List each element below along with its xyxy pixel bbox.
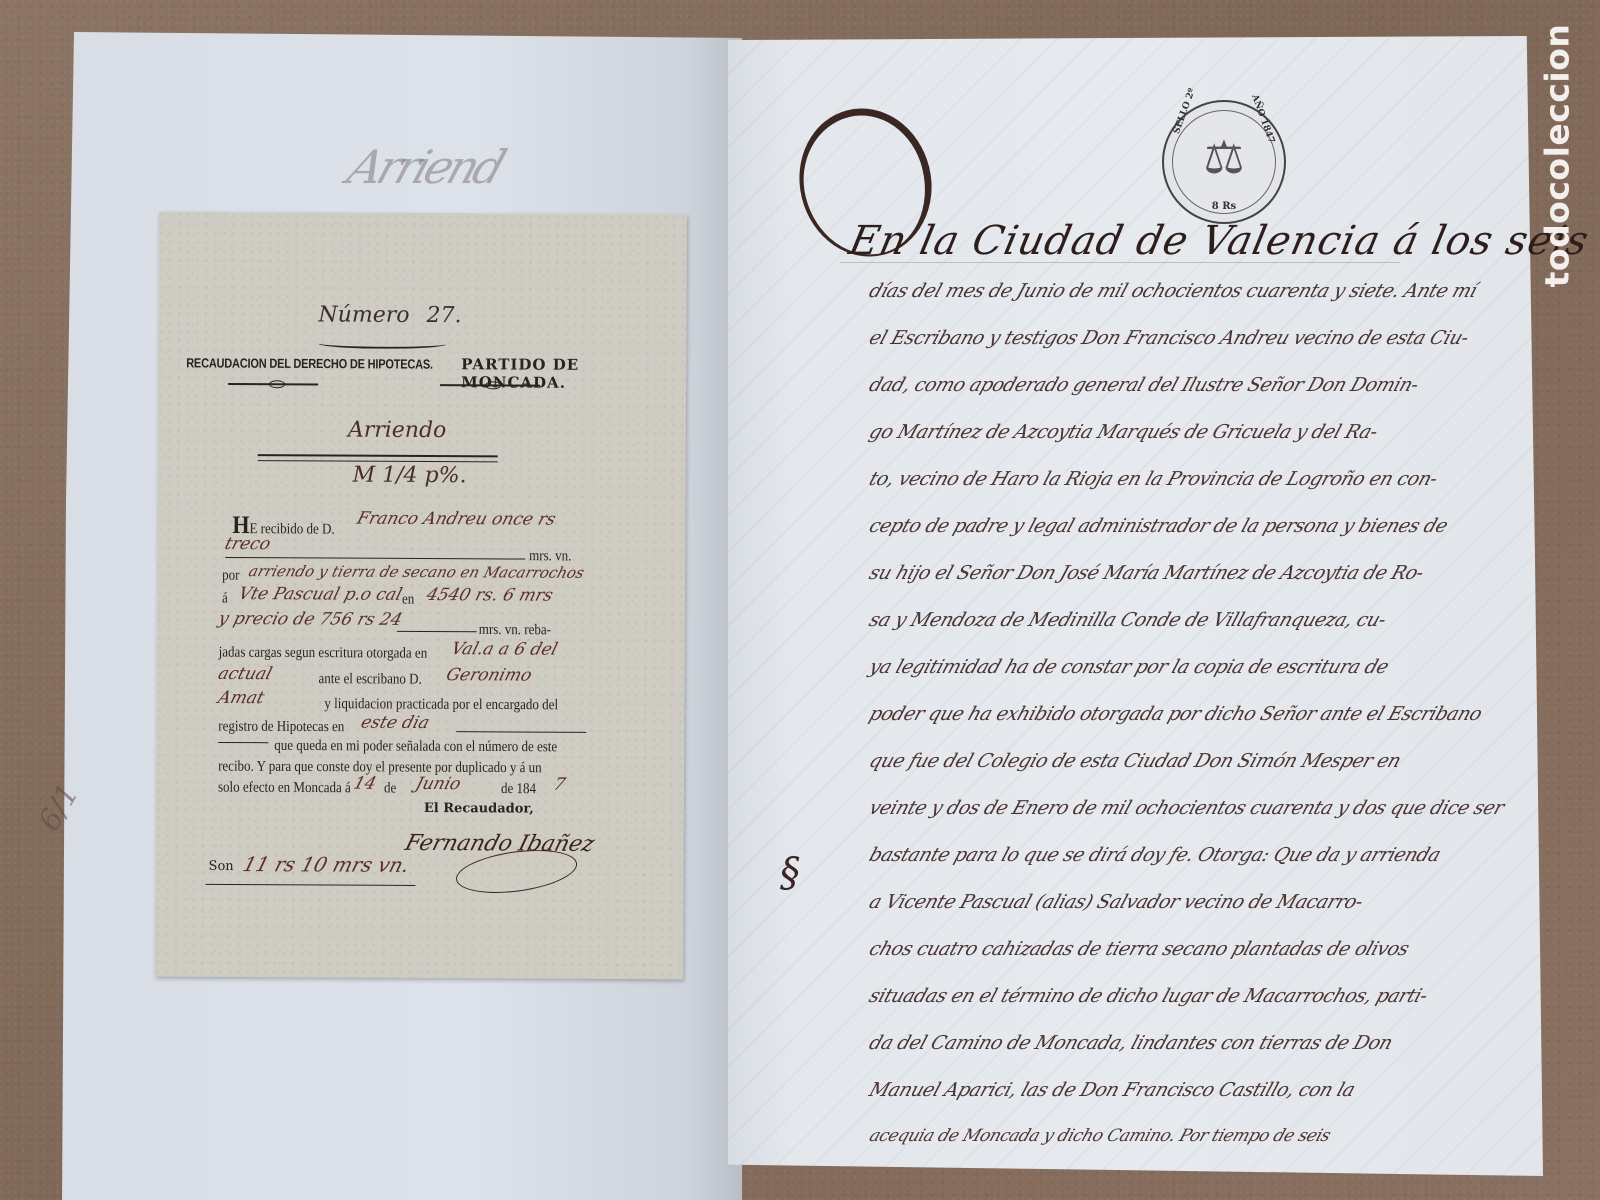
liquidacion-text: y liquidacion practicada por el encargad…	[324, 694, 558, 714]
deed-line: que fue del Colegio de esta Ciudad Don S…	[866, 750, 1403, 772]
signature-title: El Recaudador,	[424, 801, 534, 817]
deed-line: acequia de Moncada y dicho Camino. Por t…	[867, 1126, 1333, 1146]
heading-underline	[840, 262, 1400, 263]
deed-line: chos cuatro cahizadas de tierra secano p…	[866, 938, 1411, 960]
deed-line: el Escribano y testigos Don Francisco An…	[866, 327, 1471, 349]
ornamental-brace	[318, 338, 446, 349]
deed-line: a Vicente Pascual (alias) Salvador vecin…	[866, 891, 1365, 913]
efecto-text: solo efecto en Moncada á	[218, 778, 351, 797]
a-label: á	[222, 589, 228, 607]
deed-line: cepto de padre y legal administrador de …	[866, 515, 1450, 537]
escritura-place: Val.a a 6 del	[449, 639, 560, 660]
ante-text: ante el escribano D.	[319, 669, 422, 688]
payer-name-cont: treco	[223, 534, 273, 554]
payer-name: Franco Andreu once rs	[355, 509, 558, 530]
por-label: por	[222, 566, 239, 584]
watermark-text: todocoleccion	[1538, 23, 1577, 287]
office-title: RECAUDACION DEL DERECHO DE HIPOTECAS.	[186, 357, 433, 373]
receipt-month: Junio	[413, 774, 463, 794]
total-value: 11 rs 10 mrs vn.	[240, 852, 412, 877]
deed-line: situadas en el término de dicho lugar de…	[866, 985, 1430, 1007]
receipt-number: Número 27.	[318, 302, 461, 328]
registro-text: registro de Hipotecas en	[218, 717, 344, 736]
cargas-text: jadas cargas segun escritura otorgada en	[219, 643, 428, 662]
fill-line	[225, 557, 525, 560]
ornament-divider	[228, 383, 318, 385]
deed-heading: En la Ciudad de Valencia á los seis	[845, 218, 1593, 264]
lease-description: arriendo y tierra de secano en Macarroch…	[247, 562, 587, 582]
deed-line: ya legitimidad ha de constar por la copi…	[866, 656, 1391, 678]
total-label: Son	[209, 859, 234, 874]
year-prefix: de 184	[501, 779, 536, 798]
left-page-bleedthrough-text: Arriend	[341, 140, 509, 194]
deed-line: bastante para lo que se dirá doy fe. Oto…	[866, 844, 1443, 866]
queda-text: que queda en mi poder señalada con el nú…	[274, 736, 557, 756]
receipt-day: 14	[351, 774, 378, 794]
receipt-number-value: 27.	[426, 303, 461, 328]
deed-line: veinte y dos de Enero de mil ochocientos…	[866, 797, 1506, 819]
deed-line: poder que ha exhibido otorgada por dicho…	[866, 703, 1484, 725]
en-label: en	[402, 590, 414, 608]
ornament-divider	[440, 384, 540, 387]
price-value: y precio de 756 rs 24	[216, 609, 404, 630]
escritura-date: actual	[216, 664, 274, 684]
double-rule	[258, 454, 498, 462]
deed-line: to, vecino de Haro la Rioja en la Provin…	[866, 468, 1440, 490]
deed-line: go Martínez de Azcoytia Marqués de Gricu…	[866, 421, 1380, 443]
fill-line	[456, 731, 586, 733]
recibo-text: recibo. Y para que conste doy el present…	[218, 757, 542, 777]
site-watermark: todocoleccion	[1522, 10, 1592, 300]
currency-rebajadas: mrs. vn. reba-	[479, 620, 551, 639]
receipt-concept: Arriendo	[348, 418, 447, 444]
registro-value: este dia	[359, 713, 432, 733]
tax-stamp-seal: SELLO 2º AÑO 1847 ⚖ 8 Rs	[1162, 100, 1286, 224]
escribano-last-name: Amat	[216, 688, 267, 708]
deed-line: dad, como apoderado general del Ilustre …	[866, 374, 1421, 396]
deed-line: Manuel Aparici, las de Don Francisco Cas…	[866, 1079, 1357, 1101]
amount-value: 4540 rs. 6 mrs	[424, 585, 555, 606]
currency-label: mrs. vn.	[529, 546, 571, 565]
receipt-rate: M 1/4 p%.	[353, 463, 467, 489]
year-suffix: 7	[551, 775, 567, 795]
deed-line: sa y Mendoza de Medinilla Conde de Villa…	[866, 609, 1388, 631]
fill-line	[397, 631, 477, 632]
deed-line: da del Camino de Moncada, lindantes con …	[866, 1032, 1395, 1054]
stamp-value: 8 Rs	[1164, 201, 1284, 212]
lessee-name: Vte Pascual p.o cal	[236, 584, 404, 605]
escribano-first-name: Geronimo	[444, 665, 534, 685]
deed-line: días del mes de Junio de mil ochocientos…	[866, 280, 1479, 302]
margin-flourish-mark: §	[780, 850, 800, 896]
total-underline	[205, 884, 415, 886]
fill-line	[218, 742, 268, 743]
deed-line: su hijo el Señor Don José María Martínez…	[866, 562, 1426, 584]
de-label: de	[384, 779, 396, 797]
receipt-number-label: Número	[318, 302, 409, 327]
tax-receipt-slip: Número 27. RECAUDACION DEL DERECHO DE HI…	[155, 212, 687, 980]
